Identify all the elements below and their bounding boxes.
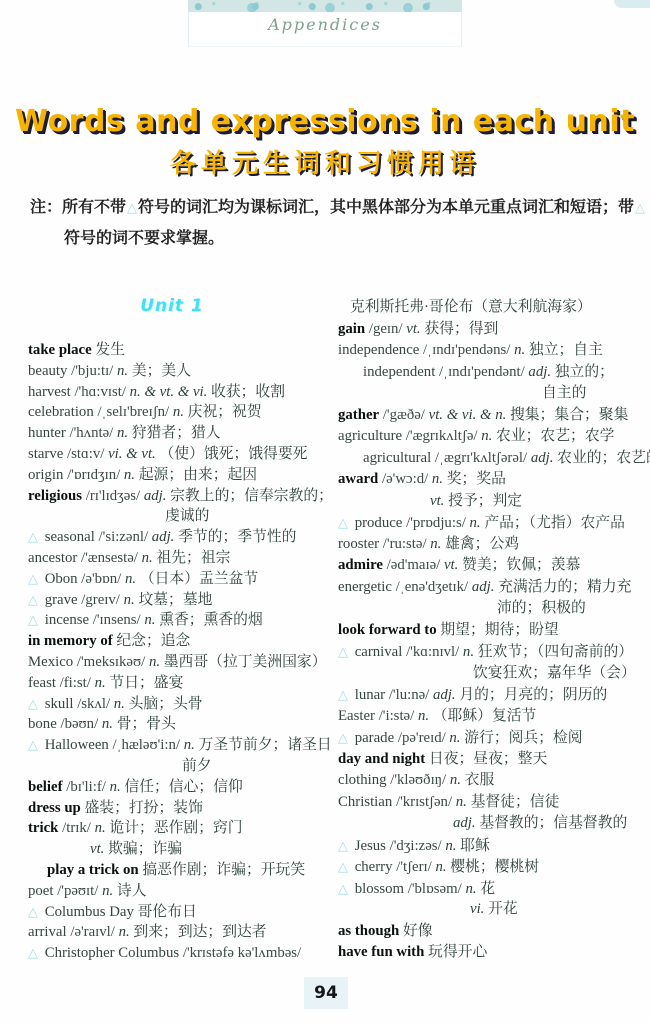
entry-phonetic: /ˌɪndɪ'pendənt/ (439, 364, 525, 380)
triangle-icon: △ (338, 730, 348, 745)
unit-heading: Unit 1 (116, 296, 228, 316)
page-number: 94 (304, 977, 348, 1009)
entry-pos: n. (435, 859, 446, 875)
entry-phonetic: /'kləʊðɪŋ/ (390, 772, 446, 788)
triangle-icon: △ (338, 644, 348, 659)
entry-word: celebration (28, 404, 94, 420)
entry-gloss: 宗教上的；信奉宗教的； (170, 488, 333, 504)
vocab-entry: dress up 盛装；打扮；装饰 (28, 798, 334, 819)
entry-phonetic: /'pəʊɪt/ (57, 883, 98, 899)
entry-phonetic: /əd'maɪə/ (387, 557, 441, 573)
vocab-entry: Easter /'i:stə/ n. （耶稣）复活节 (338, 706, 642, 728)
entry-phonetic: /stɑ:v/ (67, 446, 104, 462)
vocab-entry: gather /'gæðə/ vt. & vi. & n. 搜集；集合；聚集 (338, 405, 642, 427)
entry-phonetic: /bɪ'li:f/ (66, 779, 106, 795)
entry-word-bold: award (338, 471, 378, 487)
entry-word-bold: day and night (338, 751, 425, 767)
entry-pos: vt. (444, 557, 458, 573)
triangle-icon: △ (338, 687, 348, 702)
vocab-entry: beauty /'bju:tɪ/ n. 美；美人 (28, 361, 334, 382)
entry-word: origin (28, 467, 63, 483)
vocab-entry: independent /ˌɪndɪ'pendənt/ adj. 独立的； (338, 362, 642, 384)
vocab-entry: ancestor /'ænsestə/ n. 祖先；祖宗 (28, 548, 334, 569)
entry-phonetic: /'ɒrɪdʒɪn/ (67, 467, 120, 483)
entry-gloss: 农业；农艺；农学 (496, 428, 614, 444)
entry-word: harvest (28, 384, 71, 400)
vocab-entry: take place 发生 (28, 340, 334, 361)
entry-phonetic: /ˌenə'dʒetɪk/ (396, 579, 469, 595)
entry-word: independent (363, 364, 435, 380)
entry-gloss: 节日；盛宴 (109, 675, 183, 691)
entry-gloss: 搞恶作剧；诈骗；开玩笑 (142, 862, 305, 878)
entry-word: Obon (45, 571, 78, 587)
vocab-entry: hunter /'hʌntə/ n. 狩猎者；猎人 (28, 423, 334, 444)
entry-word: Jesus (355, 838, 386, 854)
entry-gloss: 玩得开心 (428, 944, 487, 960)
vocab-column-right: 克利斯托弗·哥伦布（意大利航海家）gain /geɪn/ vt. 获得；得到in… (338, 297, 642, 964)
entry-word: beauty (28, 363, 67, 379)
vocab-entry: independence /ˌɪndɪ'pendəns/ n. 独立；自主 (338, 340, 642, 362)
entry-word-bold: have fun with (338, 944, 424, 960)
vocab-entry: △ Obon /ə'bɒn/ n. （日本）盂兰盆节 (28, 569, 334, 590)
entry-word-bold: in memory of (28, 633, 113, 649)
vocab-entry: vt. 欺骗；诈骗 (28, 839, 334, 860)
entry-phonetic: /'krɪstəfə kə'lʌmbəs/ (183, 945, 301, 961)
vocab-entry: clothing /'kləʊðɪŋ/ n. 衣服 (338, 770, 642, 792)
entry-pos: n. (430, 536, 441, 552)
vocab-entry: agricultural /ˌægrɪ'kʌltʃərəl/ adj. 农业的；… (338, 448, 642, 470)
entry-gloss: 授予；判定 (448, 493, 522, 509)
entry-word: blossom (355, 881, 404, 897)
entry-pos: vt. (430, 493, 444, 509)
triangle-icon: △ (28, 904, 38, 919)
vocab-entry: as though 好像 (338, 921, 642, 943)
entry-pos: n. (432, 471, 443, 487)
entry-phonetic: /'i:stə/ (379, 708, 415, 724)
entry-gloss: 骨；骨头 (117, 716, 176, 732)
entry-phonetic: /ˌægrɪ'kʌltʃərəl/ (435, 450, 527, 466)
vocab-entry: gain /geɪn/ vt. 获得；得到 (338, 319, 642, 341)
vocab-entry: vi. 开花 (338, 899, 642, 921)
entry-phonetic: /'bju:tɪ/ (71, 363, 113, 379)
entry-word: Christopher Columbus (45, 945, 179, 961)
entry-pos: n. (418, 708, 429, 724)
entry-pos: n. (514, 342, 525, 358)
vocab-entry: harvest /'hɑ:vɪst/ n. & vt. & vi. 收获；收割 (28, 382, 334, 403)
vocab-entry: 自主的 (338, 383, 642, 405)
entry-word: Easter (338, 708, 375, 724)
entry-gloss: 到来；到达；到达者 (133, 924, 266, 940)
entry-word: energetic (338, 579, 392, 595)
entry-gloss: （使）饿死；饿得要死 (159, 446, 307, 462)
vocab-entry: admire /əd'maɪə/ vt. 赞美；钦佩；羡慕 (338, 555, 642, 577)
entry-phonetic: /'tʃerɪ/ (396, 859, 432, 875)
entry-word-bold: belief (28, 779, 63, 795)
vocab-entry: △ lunar /'lu:nə/ adj. 月的；月亮的；阴历的 (338, 684, 642, 706)
entry-word: seasonal (45, 529, 95, 545)
entry-gloss: 狩猎者；猎人 (132, 425, 221, 441)
entry-gloss: 万圣节前夕；诸圣日 (199, 737, 332, 753)
entry-phonetic: /'prɒdju:s/ (406, 515, 466, 531)
entry-phonetic: /'ægrɪkʌltʃə/ (406, 428, 478, 444)
entry-gloss: 熏香；熏香的烟 (159, 612, 263, 628)
entry-phonetic: /'ænsestə/ (81, 550, 138, 566)
entry-gloss: （日本）盂兰盆节 (140, 571, 258, 587)
vocab-column-left: take place 发生beauty /'bju:tɪ/ n. 美；美人har… (28, 340, 334, 964)
entry-gloss: 哥伦布日 (138, 904, 197, 920)
vocab-entry: △ blossom /'blɒsəm/ n. 花 (338, 878, 642, 900)
entry-gloss: 墨西哥（拉丁美洲国家） (164, 654, 327, 670)
vocab-entry: vt. 授予；判定 (338, 491, 642, 513)
triangle-icon: △ (338, 515, 348, 530)
entry-pos: n. (102, 716, 113, 732)
entry-gloss: 祖先；祖宗 (156, 550, 230, 566)
entry-gloss: 搜集；集合；聚集 (510, 407, 628, 423)
entry-word: independence (338, 342, 419, 358)
entry-gloss: （耶稣）复活节 (433, 708, 537, 724)
entry-pos: n. (95, 675, 106, 691)
triangle-icon: △ (28, 945, 38, 960)
entry-phonetic: /'gæðə/ (383, 407, 425, 423)
vocab-entry: 前夕 (28, 756, 334, 777)
entry-pos: n. & vt. & vi. (130, 384, 208, 400)
entry-word: incense (45, 612, 89, 628)
entry-phonetic: /ə'raɪvl/ (70, 924, 115, 940)
triangle-icon: △ (28, 529, 38, 544)
vocab-entry: △ Halloween /ˌhæləʊ'i:n/ n. 万圣节前夕；诸圣日 (28, 735, 334, 756)
entry-phonetic: /'dʒi:zəs/ (390, 838, 442, 854)
vocab-entry: △ Christopher Columbus /'krɪstəfə kə'lʌm… (28, 943, 334, 964)
entry-pos: n. (95, 820, 106, 836)
entry-word: Mexico (28, 654, 73, 670)
entry-pos: n. (102, 883, 113, 899)
vocab-entry: △ seasonal /'si:zənl/ adj. 季节的；季节性的 (28, 527, 334, 548)
entry-phonetic: /'hɑ:vɪst/ (74, 384, 126, 400)
entry-word: arrival (28, 924, 67, 940)
note-part: 符号的词不要求掌握。 (64, 228, 224, 247)
vocab-entry: △ produce /'prɒdju:s/ n. 产品；（尤指）农产品 (338, 512, 642, 534)
entry-word: agricultural (363, 450, 431, 466)
page-header: Appendices (188, 0, 462, 47)
note-part: 符号的词汇均为课标词汇，其中黑体部分为本单元重点词汇和短语；带 (138, 197, 634, 216)
entry-gloss: 头脑；头骨 (129, 696, 203, 712)
page-title: Words and expressions in each unit (0, 104, 650, 139)
entry-pos: n. (450, 772, 461, 788)
vocab-entry: bone /bəʊn/ n. 骨；骨头 (28, 714, 334, 735)
vocab-entry: 饮宴狂欢；嘉年华（会） (338, 663, 642, 685)
vocab-entry: day and night 日夜；昼夜；整天 (338, 749, 642, 771)
vocab-entry: in memory of 纪念；追念 (28, 631, 334, 652)
entry-gloss: 游行；阅兵；检阅 (464, 730, 582, 746)
entry-gloss: 前夕 (182, 758, 212, 774)
entry-phonetic: /'lu:nə/ (389, 687, 429, 703)
entry-word: bone (28, 716, 57, 732)
entry-gloss: 月的；月亮的；阴历的 (459, 687, 607, 703)
entry-phonetic: /'krɪstʃən/ (396, 794, 452, 810)
entry-pos: n. (125, 571, 136, 587)
entry-pos: n. (449, 730, 460, 746)
entry-gloss: 衣服 (465, 772, 495, 788)
vocab-entry: △ grave /greɪv/ n. 坟墓；墓地 (28, 590, 334, 611)
entry-pos: n. (110, 779, 121, 795)
vocab-entry: 克利斯托弗·哥伦布（意大利航海家） (338, 297, 642, 319)
entry-word: Columbus Day (45, 904, 134, 920)
entry-phonetic: /'meksɪkəʊ/ (77, 654, 145, 670)
vocab-entry: △ incense /'ɪnsens/ n. 熏香；熏香的烟 (28, 610, 334, 631)
entry-gloss: 农业的；农艺的 (557, 450, 650, 466)
entry-word: produce (355, 515, 403, 531)
entry-gloss: 花 (480, 881, 495, 897)
entry-phonetic: /bəʊn/ (60, 716, 98, 732)
entry-phonetic: /'si:zənl/ (99, 529, 149, 545)
entry-pos: n. (445, 838, 456, 854)
entry-word: grave (45, 592, 78, 608)
triangle-icon: △ (338, 881, 348, 896)
entry-pos: n. (124, 592, 135, 608)
entry-phonetic: /pə'reɪd/ (398, 730, 446, 746)
vocab-entry: trick /trɪk/ n. 诡计；恶作剧；窍门 (28, 818, 334, 839)
entry-gloss: 日夜；昼夜；整天 (429, 751, 547, 767)
entry-phonetic: /'ru:stə/ (383, 536, 427, 552)
entry-pos: n. (456, 794, 467, 810)
vocab-entry: △ Jesus /'dʒi:zəs/ n. 耶稣 (338, 835, 642, 857)
entry-gloss: 赞美；钦佩；羡慕 (462, 557, 580, 573)
entry-phonetic: /ə'wɔ:d/ (382, 471, 428, 487)
vocab-entry: feast /fi:st/ n. 节日；盛宴 (28, 673, 334, 694)
entry-pos: n. (184, 737, 195, 753)
entry-word-bold: religious (28, 488, 82, 504)
entry-pos: adj. (152, 529, 175, 545)
vocab-entry: award /ə'wɔ:d/ n. 奖；奖品 (338, 469, 642, 491)
vocab-entry: △ Columbus Day 哥伦布日 (28, 902, 334, 923)
entry-phonetic: /'hʌntə/ (70, 425, 114, 441)
triangle-icon: △ (634, 201, 646, 216)
entry-phonetic: /ˌhæləʊ'i:n/ (113, 737, 181, 753)
entry-pos: vt. & vi. & n. (429, 407, 507, 423)
note-text: 注：所有不带△符号的词汇均为课标词汇，其中黑体部分为本单元重点词汇和短语；带△符… (30, 192, 650, 252)
entry-phonetic: /skʌl/ (77, 696, 110, 712)
entry-phonetic: /rɪ'lɪdʒəs/ (86, 488, 140, 504)
entry-word-bold: play a trick on (47, 862, 139, 878)
entry-phonetic: /ə'bɒn/ (81, 571, 121, 587)
entry-pos: n. (173, 404, 184, 420)
entry-word-bold: admire (338, 557, 383, 573)
entry-word-bold: trick (28, 820, 58, 836)
entry-phonetic: /greɪv/ (81, 592, 120, 608)
triangle-icon: △ (126, 201, 138, 216)
entry-word-bold: gain (338, 321, 365, 337)
entry-phonetic: /'blɒsəm/ (408, 881, 462, 897)
entry-gloss: 雄禽；公鸡 (445, 536, 519, 552)
triangle-icon: △ (338, 859, 348, 874)
entry-pos: vt. (406, 321, 420, 337)
entry-gloss: 自主的 (542, 385, 586, 401)
entry-pos: adj. (472, 579, 495, 595)
entry-gloss: 期望；期待；盼望 (440, 622, 558, 638)
entry-gloss: 发生 (95, 342, 125, 358)
entry-gloss: 好像 (403, 923, 433, 939)
entry-pos: n. (465, 881, 476, 897)
page-subtitle: 各单元生词和习惯用语 (0, 143, 650, 180)
entry-pos: n. (149, 654, 160, 670)
entry-pos: adj. (528, 364, 551, 380)
triangle-icon: △ (28, 737, 38, 752)
entry-word: skull (45, 696, 74, 712)
vocab-entry: poet /'pəʊɪt/ n. 诗人 (28, 881, 334, 902)
entry-pos: n. (114, 696, 125, 712)
vocab-entry: agriculture /'ægrɪkʌltʃə/ n. 农业；农艺；农学 (338, 426, 642, 448)
vocab-entry: origin /'ɒrɪdʒɪn/ n. 起源；由来；起因 (28, 465, 334, 486)
entry-word: cherry (355, 859, 393, 875)
textbook-page: Appendices Words and expressions in each… (0, 0, 650, 1022)
entry-pos: n. (117, 425, 128, 441)
entry-pos: vi. (470, 901, 484, 917)
entry-word-bold: as though (338, 923, 399, 939)
entry-word: hunter (28, 425, 66, 441)
vocab-entry: look forward to 期望；期待；盼望 (338, 620, 642, 642)
entry-gloss: 沛的；积极的 (497, 600, 586, 616)
entry-pos: n. (463, 644, 474, 660)
entry-word-bold: dress up (28, 800, 81, 816)
entry-gloss: 独立的； (555, 364, 614, 380)
entry-gloss: 充满活力的；精力充 (498, 579, 631, 595)
entry-phonetic: /geɪn/ (369, 321, 403, 337)
entry-word: parade (355, 730, 394, 746)
entry-gloss: 樱桃；樱桃树 (450, 859, 539, 875)
entry-word-bold: take place (28, 342, 92, 358)
entry-gloss: 收获；收割 (211, 384, 285, 400)
entry-word: feast (28, 675, 56, 691)
entry-gloss: 克利斯托弗·哥伦布（意大利航海家） (350, 299, 592, 315)
vocab-entry: △ parade /pə'reɪd/ n. 游行；阅兵；检阅 (338, 727, 642, 749)
entry-gloss: 起源；由来；起因 (139, 467, 257, 483)
entry-pos: n. (142, 550, 153, 566)
triangle-icon: △ (28, 592, 38, 607)
entry-pos: adj. (144, 488, 167, 504)
entry-phonetic: /'kɑ:nɪvl/ (406, 644, 459, 660)
entry-gloss: 产品；（尤指）农产品 (484, 515, 625, 531)
entry-gloss: 饮宴狂欢；嘉年华（会） (473, 665, 636, 681)
entry-word: lunar (355, 687, 385, 703)
vocab-entry: play a trick on 搞恶作剧；诈骗；开玩笑 (28, 860, 334, 881)
entry-pos: n. (117, 363, 128, 379)
vocab-entry: celebration /ˌselɪ'breɪʃn/ n. 庆祝；祝贺 (28, 402, 334, 423)
vocab-entry: △ cherry /'tʃerɪ/ n. 樱桃；樱桃树 (338, 856, 642, 878)
entry-pos: vt. (90, 841, 104, 857)
entry-word: carnival (355, 644, 403, 660)
vocab-entry: belief /bɪ'li:f/ n. 信任；信心；信仰 (28, 777, 334, 798)
entry-gloss: 耶稣 (460, 838, 490, 854)
entry-gloss: 诗人 (117, 883, 147, 899)
entry-pos: n. (124, 467, 135, 483)
entry-word: starve (28, 446, 63, 462)
vocab-entry: energetic /ˌenə'dʒetɪk/ adj. 充满活力的；精力充 (338, 577, 642, 599)
triangle-icon: △ (28, 571, 38, 586)
vocab-entry: Mexico /'meksɪkəʊ/ n. 墨西哥（拉丁美洲国家） (28, 652, 334, 673)
appendices-label: Appendices (189, 15, 461, 34)
entry-word: agriculture (338, 428, 402, 444)
vocab-entry: starve /stɑ:v/ vi. & vt. （使）饿死；饿得要死 (28, 444, 334, 465)
vocab-entry: 虔诚的 (28, 506, 334, 527)
vocab-entry: arrival /ə'raɪvl/ n. 到来；到达；到达者 (28, 922, 334, 943)
entry-pos: adj. (433, 687, 456, 703)
vocab-entry: religious /rɪ'lɪdʒəs/ adj. 宗教上的；信奉宗教的； (28, 486, 334, 507)
entry-word: clothing (338, 772, 387, 788)
vocab-entry: rooster /'ru:stə/ n. 雄禽；公鸡 (338, 534, 642, 556)
entry-pos: n. (144, 612, 155, 628)
vocab-entry: △ carnival /'kɑ:nɪvl/ n. 狂欢节；（四旬斋前的） (338, 641, 642, 663)
entry-pos: n. (119, 924, 130, 940)
vocab-entry: adj. 基督教的；信基督教的 (338, 813, 642, 835)
entry-gloss: 开花 (488, 901, 518, 917)
entry-pos: adj. (531, 450, 554, 466)
entry-gloss: 季节的；季节性的 (178, 529, 296, 545)
entry-gloss: 基督教的；信基督教的 (479, 815, 627, 831)
entry-phonetic: /trɪk/ (62, 820, 91, 836)
entry-gloss: 狂欢节；（四旬斋前的） (478, 644, 633, 660)
entry-phonetic: /ˌɪndɪ'pendəns/ (423, 342, 510, 358)
vocab-entry: Christian /'krɪstʃən/ n. 基督徒；信徒 (338, 792, 642, 814)
entry-gloss: 虔诚的 (165, 508, 209, 524)
entry-gloss: 信任；信心；信仰 (124, 779, 242, 795)
vocab-entry: △ skull /skʌl/ n. 头脑；头骨 (28, 694, 334, 715)
entry-gloss: 坟墓；墓地 (138, 592, 212, 608)
entry-gloss: 奖；奖品 (447, 471, 506, 487)
page-number-value: 94 (314, 983, 338, 1003)
entry-gloss: 欺骗；诈骗 (108, 841, 182, 857)
entry-word: ancestor (28, 550, 77, 566)
entry-word-bold: look forward to (338, 622, 437, 638)
triangle-icon: △ (338, 838, 348, 853)
entry-word: rooster (338, 536, 379, 552)
note-part: 注：所有不带 (30, 197, 126, 216)
entry-phonetic: /fi:st/ (60, 675, 91, 691)
entry-phonetic: /ˌselɪ'breɪʃn/ (97, 404, 169, 420)
entry-gloss: 独立；自主 (529, 342, 603, 358)
entry-gloss: 美；美人 (132, 363, 191, 379)
vocab-entry: have fun with 玩得开心 (338, 942, 642, 964)
entry-gloss: 诡计；恶作剧；窍门 (109, 820, 242, 836)
triangle-icon: △ (28, 696, 38, 711)
entry-pos: vi. & vt. (108, 446, 156, 462)
entry-word: poet (28, 883, 53, 899)
entry-pos: adj. (453, 815, 476, 831)
triangle-icon: △ (28, 612, 38, 627)
entry-pos: n. (470, 515, 481, 531)
entry-gloss: 庆祝；祝贺 (188, 404, 262, 420)
entry-word: Halloween (45, 737, 109, 753)
scan-smudge (614, 0, 650, 8)
entry-gloss: 纪念；追念 (116, 633, 190, 649)
header-decorative-band (188, 0, 462, 12)
entry-gloss: 获得；得到 (424, 321, 498, 337)
entry-word: Christian (338, 794, 392, 810)
entry-gloss: 基督徒；信徒 (471, 794, 560, 810)
entry-word-bold: gather (338, 407, 379, 423)
entry-phonetic: /'ɪnsens/ (93, 612, 141, 628)
entry-pos: n. (481, 428, 492, 444)
entry-gloss: 盛装；打扮；装饰 (84, 800, 202, 816)
vocab-entry: 沛的；积极的 (338, 598, 642, 620)
